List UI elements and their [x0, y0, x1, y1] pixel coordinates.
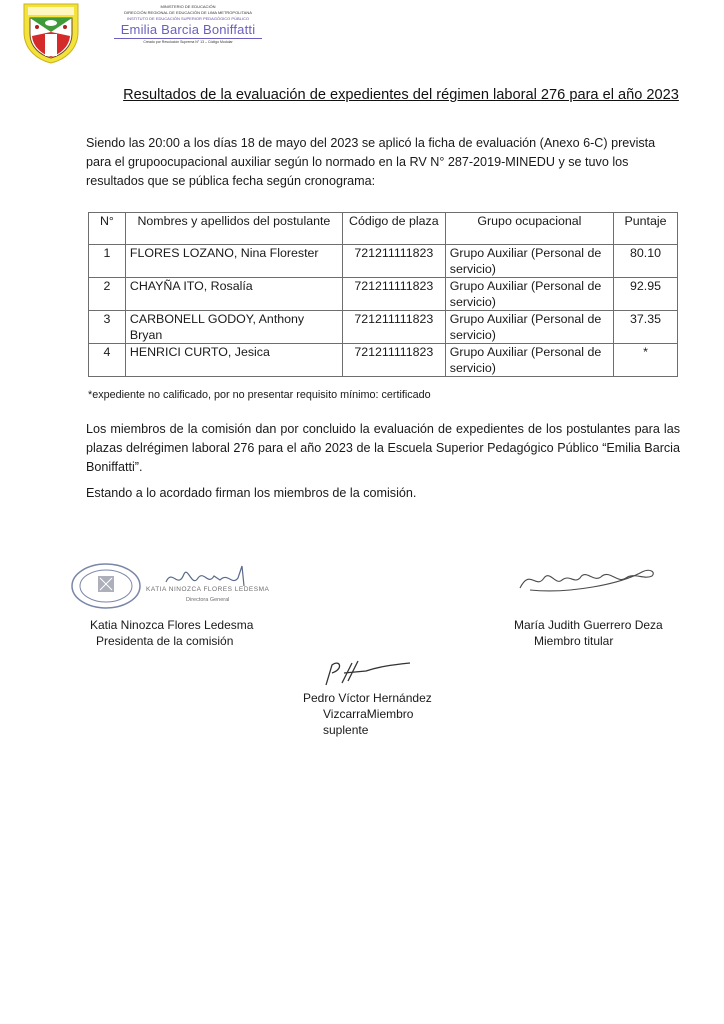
intro-paragraph: Siendo las 20:00 a los días 18 de mayo d…	[86, 134, 680, 191]
document-title: Resultados de la evaluación de expedient…	[120, 86, 682, 104]
header-group: Grupo ocupacional	[445, 213, 613, 245]
row-number: 3	[89, 311, 126, 344]
signature-alternate	[318, 655, 418, 691]
signatory-name: María Judith Guerrero Deza	[514, 617, 663, 633]
applicant-name: FLORES LOZANO, Nina Florester	[125, 245, 342, 278]
creation-line: Creado por Resolución Suprema N° 13 – Có…	[88, 39, 288, 45]
table-header-row: N° Nombres y apellidos del postulante Có…	[89, 213, 678, 245]
score: 80.10	[614, 245, 678, 278]
institution-logo	[20, 2, 82, 64]
occupational-group: Grupo Auxiliar (Personal de servicio)	[445, 245, 613, 278]
occupational-group: Grupo Auxiliar (Personal de servicio)	[445, 278, 613, 311]
table-row: 1 FLORES LOZANO, Nina Florester 72121111…	[89, 245, 678, 278]
signatory-role: Presidenta de la comisión	[96, 633, 233, 649]
table-row: 2 CHAYÑA ITO, Rosalía 721211111823 Grupo…	[89, 278, 678, 311]
official-seal-icon	[70, 562, 142, 610]
applicant-name: HENRICI CURTO, Jesica	[125, 344, 342, 377]
signatory-name-line-1: Pedro Víctor Hernández	[303, 690, 432, 706]
header-score: Puntaje	[614, 213, 678, 245]
signatory-role: suplente	[323, 722, 368, 738]
row-number: 4	[89, 344, 126, 377]
score: *	[614, 344, 678, 377]
table-row: 3 CARBONELL GODOY, Anthony Bryan 7212111…	[89, 311, 678, 344]
shield-crest-icon	[20, 2, 82, 64]
header-code: Código de plaza	[342, 213, 445, 245]
position-code: 721211111823	[342, 245, 445, 278]
applicant-name: CHAYÑA ITO, Rosalía	[125, 278, 342, 311]
stamp-name: KATIA NINOZCA FLORES LEDESMA	[146, 586, 269, 593]
occupational-group: Grupo Auxiliar (Personal de servicio)	[445, 344, 613, 377]
position-code: 721211111823	[342, 344, 445, 377]
header-number: N°	[89, 213, 126, 245]
conclusion-paragraph: Los miembros de la comisión dan por conc…	[86, 420, 680, 477]
table-footnote: *expediente no calificado, por no presen…	[88, 389, 431, 401]
header-name: Nombres y apellidos del postulante	[125, 213, 342, 245]
signature-member	[510, 560, 660, 600]
signatory-role: Miembro titular	[534, 633, 613, 649]
score: 92.95	[614, 278, 678, 311]
applicant-name: CARBONELL GODOY, Anthony Bryan	[125, 311, 342, 344]
row-number: 1	[89, 245, 126, 278]
table-row: 4 HENRICI CURTO, Jesica 721211111823 Gru…	[89, 344, 678, 377]
signatory-name-line-2: VizcarraMiembro	[323, 706, 413, 722]
position-code: 721211111823	[342, 311, 445, 344]
results-table: N° Nombres y apellidos del postulante Có…	[88, 212, 678, 377]
row-number: 2	[89, 278, 126, 311]
occupational-group: Grupo Auxiliar (Personal de servicio)	[445, 311, 613, 344]
institution-letterhead: MINISTERIO DE EDUCACIÓN DIRECCIÓN REGION…	[88, 4, 288, 45]
signatory-name: Katia Ninozca Flores Ledesma	[90, 617, 253, 633]
stamp-role: Directora General	[186, 597, 229, 603]
score: 37.35	[614, 311, 678, 344]
position-code: 721211111823	[342, 278, 445, 311]
closing-paragraph: Estando a lo acordado firman los miembro…	[86, 484, 680, 503]
institution-name: Emilia Barcia Boniffatti	[88, 22, 288, 37]
